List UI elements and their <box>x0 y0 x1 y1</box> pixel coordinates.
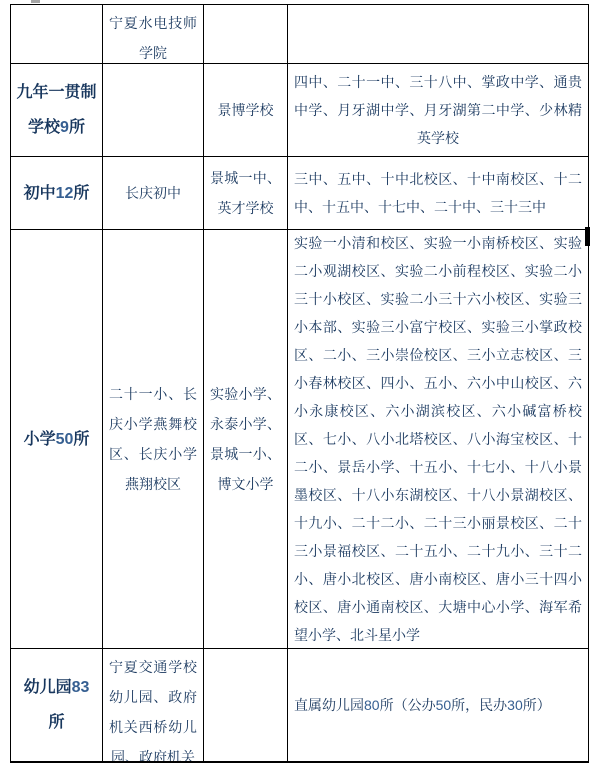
document-page: 宁夏水电技师学院 九年一贯制学校9所 景博学校 四中、二十一中、三十八中、掌政中… <box>0 0 597 772</box>
table-cell: 实验小学、永泰小学、景城一小、博文小学 <box>204 230 288 649</box>
table-cell <box>204 5 288 64</box>
table-cell: 四中、二十一中、三十八中、掌政中学、通贵中学、月牙湖中学、月牙湖第二中学、少林精… <box>288 64 588 157</box>
school-names: 景城一中、英才学校 <box>204 163 287 223</box>
table-cell: 九年一贯制学校9所 <box>11 64 103 157</box>
page-edge-artifact <box>31 0 40 3</box>
table-cell: 幼儿园83所 <box>11 649 103 761</box>
school-names: 宁夏水电技师学院 <box>103 5 203 64</box>
school-list: 三中、五中、十中北校区、十中南校区、十二中、十五中、十七中、二十中、三十三中 <box>288 165 588 221</box>
table-cell: 宁夏水电技师学院 <box>103 5 204 64</box>
table-cell: 小学50所 <box>11 230 103 649</box>
school-category-table: 宁夏水电技师学院 九年一贯制学校9所 景博学校 四中、二十一中、三十八中、掌政中… <box>10 4 589 763</box>
school-names: 宁夏交通学校幼儿园、政府机关西桥幼儿园、政府机关 <box>103 649 203 761</box>
school-names: 二十一小、长庆小学燕舞校区、长庆小学燕翔校区 <box>103 379 203 499</box>
school-names: 景博学校 <box>204 95 287 125</box>
table-cell: 宁夏交通学校幼儿园、政府机关西桥幼儿园、政府机关 <box>103 649 204 761</box>
table-cell: 三中、五中、十中北校区、十中南校区、十二中、十五中、十七中、二十中、三十三中 <box>288 157 588 230</box>
school-list: 直属幼儿园80所（公办50所，民办30所） <box>288 691 588 719</box>
table-cell: 直属幼儿园80所（公办50所，民办30所） <box>288 649 588 761</box>
table-cell: 实验一小清和校区、实验一小南桥校区、实验二小观湖校区、实验二小前程校区、实验二小… <box>288 230 588 649</box>
table-cell <box>11 5 103 64</box>
table-cell: 景博学校 <box>204 64 288 157</box>
category-label: 初中12所 <box>11 176 102 211</box>
school-list: 实验一小清和校区、实验一小南桥校区、实验二小观湖校区、实验二小前程校区、实验二小… <box>288 230 588 649</box>
table-cell: 长庆初中 <box>103 157 204 230</box>
table-cell <box>204 649 288 761</box>
table-cell: 景城一中、英才学校 <box>204 157 288 230</box>
category-label: 九年一贯制学校9所 <box>11 75 102 145</box>
school-names: 长庆初中 <box>103 178 203 208</box>
school-names: 实验小学、永泰小学、景城一小、博文小学 <box>204 379 287 499</box>
table-cell <box>103 64 204 157</box>
school-list: 四中、二十一中、三十八中、掌政中学、通贵中学、月牙湖中学、月牙湖第二中学、少林精… <box>288 68 588 152</box>
category-label: 小学50所 <box>11 422 102 457</box>
table-border-nub <box>585 227 590 246</box>
table-cell <box>288 5 588 64</box>
table-cell: 二十一小、长庆小学燕舞校区、长庆小学燕翔校区 <box>103 230 204 649</box>
table-cell: 初中12所 <box>11 157 103 230</box>
category-label: 幼儿园83所 <box>11 670 102 740</box>
